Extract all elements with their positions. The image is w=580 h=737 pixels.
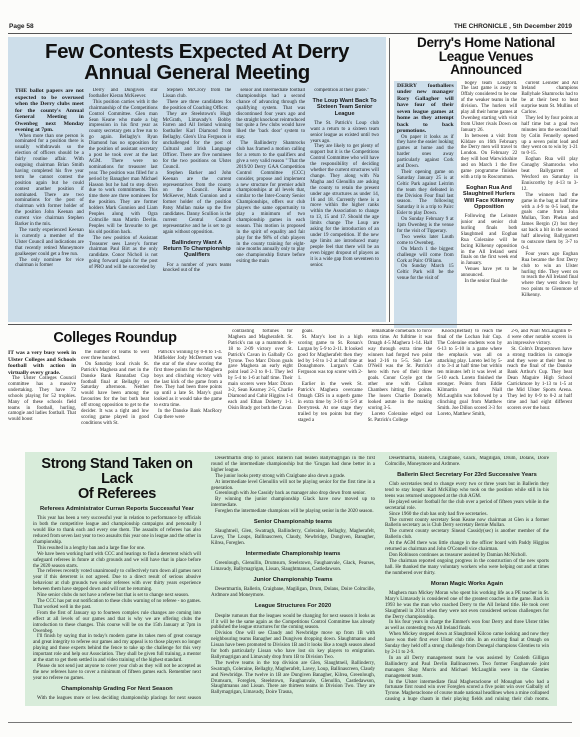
paragraph: St. Mary's lost in a high scoring game t…	[298, 335, 363, 382]
paragraph: On paper it looks as if they have the ea…	[397, 135, 454, 170]
sub-heading: Senior Championship teams	[211, 519, 375, 525]
article-column: bogey team Longford. The last game is aw…	[461, 81, 518, 328]
paragraph: On March 1 the biggest challenge will co…	[397, 247, 454, 265]
article-column: 2-6, and Niall McLaughlin 0-4 were other…	[507, 329, 572, 451]
paragraph: There are three candidates for the posit…	[163, 100, 232, 112]
paragraph: Four years ago Eoghan Rua became the fir…	[521, 252, 578, 299]
venues-headline-line1: Derry's Home National	[394, 36, 578, 50]
referees-headline-line2: Of Referees	[33, 487, 201, 502]
paragraph: Derry and Dungiven star footballer Kiera…	[89, 88, 158, 100]
paragraph: Venues have yet to be announced.	[461, 267, 518, 279]
paragraph: This position carries with it the chairm…	[89, 100, 158, 236]
paragraph: The winners had the game in the bag at h…	[521, 193, 578, 252]
article-column: Derry and Dungiven star footballer Kiera…	[89, 88, 158, 312]
paragraph: Desertmartin, Ballerin, Craigbane, Glack…	[385, 456, 549, 468]
lead-paragraph: DERRY footballers under new manager Rory…	[397, 83, 454, 135]
article-column: remarkable comeback to force extra time.…	[368, 329, 433, 451]
paragraph: In the Danske Bank MacRory Cup there wer…	[154, 409, 222, 421]
paragraph: They led by four points at half time but…	[521, 116, 578, 157]
paragraph: Foreglen the intermediate champions will…	[211, 509, 375, 515]
venues-headline-line2: League Venues	[394, 50, 578, 64]
paragraph: We have been working hard with CCC and h…	[33, 552, 201, 570]
paragraph: On Sunday February 9 at 1pm Owenbeg is t…	[397, 217, 454, 235]
sub-heading: Junior Championship Teams	[211, 577, 375, 583]
agm-headline-line2: Annual General Meeting	[15, 62, 379, 83]
paragraph: The new position of Assistant Treasurer …	[89, 236, 158, 271]
sub-heading: Referees Administrator Curran Reports Su…	[33, 506, 201, 512]
article-column: Referees Administrator Curran Reports Su…	[33, 506, 201, 702]
paragraph: Maghera man Mickey Moran who spent his w…	[385, 591, 549, 621]
sub-heading: Ballinderry Want A Return To Championshi…	[163, 240, 232, 259]
sub-heading: Moran Magic Works Again	[385, 581, 549, 587]
paragraph: In between a visit from Kildare on 16th …	[461, 134, 518, 181]
paragraph: With the leagues more or less deciding c…	[33, 696, 201, 702]
paragraph: Slaughtneil, Glen, Swatragh, Ballinderry…	[211, 529, 375, 547]
venues-headline-line3: Announced	[394, 63, 578, 77]
paragraph: Division One will see Claudy and Newbrid…	[211, 631, 375, 661]
sub-heading: The Loup Want Back To Sixteen Team Senio…	[310, 98, 379, 117]
colleges-columns-left: IT was a very busy week in Ulster Colleg…	[8, 350, 222, 451]
section-rule	[8, 324, 572, 325]
paragraph: The Ballinderry Shamrocks club has frame…	[236, 141, 305, 265]
paragraph: By winning the junior championship Glack…	[211, 497, 375, 509]
paragraph: remarkable comeback to force extra time.…	[368, 329, 433, 412]
paragraph: They are likely to get plenty of support…	[310, 144, 379, 268]
colleges-headline: Colleges Roundup	[8, 330, 222, 346]
paragraph: St. Colm's Draperstown have a strong tra…	[507, 347, 572, 412]
paragraph: Desertmartin drop to junior. Ballerin ha…	[211, 456, 375, 474]
paragraph: Stephen Barker and John Keenan are the c…	[163, 171, 232, 236]
paragraph: 2-6, and Niall McLaughlin 0-4 were other…	[507, 329, 572, 347]
paragraph: For a number of years teams knocked out …	[163, 263, 232, 275]
paragraph: the number of teams to well over three h…	[81, 350, 149, 362]
paragraph: On Saturday local rivals St. Patrick's M…	[81, 362, 149, 427]
paragraph: When more than one person is nominated f…	[15, 134, 84, 229]
sub-heading: Ballerin Elect Secretary For 23rd Succes…	[385, 472, 549, 478]
paragraph: bogey team Longford. The last game is aw…	[461, 81, 518, 134]
article-column: contrasting fortunes for Maghera and Mag…	[228, 329, 293, 451]
lead-paragraph: IT was a very busy week in Ulster Colleg…	[8, 350, 76, 376]
colleges-columns-right: contrasting fortunes for Maghera and Mag…	[228, 329, 572, 451]
article-column: goals.St. Mary's lost in a high scoring …	[298, 329, 363, 451]
paragraph: At intermediate level Glenullin will not…	[211, 480, 375, 492]
article-referees: Strong Stand Taken on Lack Of Referees R…	[25, 452, 557, 706]
article-column: senior and intermediate football champio…	[236, 88, 305, 312]
paragraph: The vastly experienced Keenan is current…	[15, 228, 84, 258]
paragraph: He played senior football for the club o…	[385, 500, 549, 512]
paragraph: On Sunday March 15 Celtic Park will be t…	[397, 264, 454, 282]
paragraph: Their opening game on Saturday January 2…	[397, 170, 454, 217]
paragraph: In the Ulster intermediate final Maghera…	[385, 680, 549, 703]
paragraph: The Ulster Colleges Council committee ha…	[8, 376, 76, 423]
footer-rule	[8, 722, 572, 723]
article-column: DERRY footballers under new manager Rory…	[394, 81, 457, 328]
page-number-label: Page 58	[9, 23, 34, 30]
colleges-left-group: Colleges Roundup IT was a very busy week…	[8, 329, 222, 451]
paragraph: Earlier in the week St. Patrick's Magher…	[298, 382, 363, 423]
paragraph: Patrick's winning by 0-8 to 1-4. Midfiel…	[154, 350, 222, 409]
article-column: Stephen McCrory from the Lissan club.The…	[163, 88, 232, 312]
paragraph: When Mickey stepped down at Slaughtneil …	[385, 632, 549, 656]
paragraph: Loreto Coleraine edged out St. Patrick's…	[368, 412, 433, 424]
venues-headline: Derry's Home National League Venues Anno…	[394, 36, 578, 77]
article-column: IT was a very busy week in Ulster Colleg…	[8, 350, 76, 451]
paragraph: Despite rumours that the leagues would b…	[211, 614, 375, 632]
paragraph: They are Steelstown's Hugh McGrath, Lima…	[163, 112, 232, 171]
paragraph: In his four years in charge the Emmet's …	[385, 620, 549, 632]
paragraph: The referees recently voted unanimously …	[33, 569, 201, 593]
paragraph: Club secretaries tend to change every tw…	[385, 482, 549, 500]
paragraph: current Leinster and All Ireland champio…	[521, 81, 578, 116]
paragraph: This year has been a very successful yea…	[33, 516, 201, 546]
paragraph: competition at their grade."	[310, 88, 379, 94]
referees-column-1: Strong Stand Taken on Lack Of Referees R…	[33, 456, 201, 702]
newspaper-page: Page 58 THE CHRONICLE , 5th December 201…	[0, 0, 580, 737]
paragraph: Please do not send just anyone to cover …	[33, 664, 201, 682]
lead-paragraph: THE ballot papers are not expected to be…	[15, 88, 84, 134]
paragraph: Desertmartin, Ballerin, Craigbane, Magil…	[211, 587, 375, 599]
venues-columns: DERRY footballers under new manager Rory…	[394, 81, 578, 328]
article-venues: Derry's Home National League Venues Anno…	[394, 36, 578, 328]
paragraph: Two weeks later Louth come to Owenbeg.	[397, 235, 454, 247]
paragraph: Greenlough, Glenullin, Drumsurn, Steelst…	[211, 561, 375, 573]
paragraph: Stephen McCrory from the Lissan club.	[163, 88, 232, 100]
header-rule	[8, 33, 572, 34]
paragraph: The only nominee for vice chairman is fo…	[15, 258, 84, 270]
paragraph: The CCC has put out notification to thes…	[33, 599, 201, 611]
sub-heading: Intermediate Championship teams	[211, 551, 375, 557]
column-divider	[389, 38, 390, 322]
paragraph: At the AGM there was little change in th…	[385, 541, 549, 553]
paragraph: contrasting fortunes for Maghera and Mag…	[228, 329, 293, 412]
sub-heading: Championship Grading For Next Season	[33, 686, 201, 692]
article-agm: Few Contests Expected At Derry Annual Ge…	[8, 37, 386, 322]
paragraph: Eoghan Rua will play Conaghy Shamrocks w…	[521, 157, 578, 192]
article-colleges: Colleges Roundup IT was a very busy week…	[8, 329, 572, 451]
agm-headline: Few Contests Expected At Derry Annual Ge…	[15, 41, 379, 83]
article-column: the number of teams to well over three h…	[81, 350, 149, 451]
article-column: Patrick's winning by 0-8 to 1-4. Midfiel…	[154, 350, 222, 451]
sub-heading: League Structures For 2020	[211, 603, 375, 609]
article-column: Knock(Belfast) to reach the final of the…	[437, 329, 502, 451]
agm-columns: THE ballot papers are not expected to be…	[15, 88, 379, 312]
paragraph: The current county secretary Sean Keane …	[385, 518, 549, 530]
referees-headline-line1: Strong Stand Taken on Lack	[33, 457, 201, 487]
paragraph: The chairman reported ongoing progress i…	[385, 559, 549, 577]
paragraph: The twelve teams in the top division are…	[211, 661, 375, 696]
paragraph: From the first of January up to fourteen…	[33, 611, 201, 635]
agm-headline-line1: Few Contests Expected At Derry	[15, 41, 379, 62]
sub-heading: Eoghan Rua And Slaughtneil Hurlers Will …	[461, 185, 518, 210]
article-column: THE ballot papers are not expected to be…	[15, 88, 84, 312]
paragraph: I'll finish by saying that in today's mo…	[33, 634, 201, 664]
referees-column-3: Desertmartin, Ballerin, Craigbane, Glack…	[385, 456, 549, 702]
paragraph: Following the Leinster junior and senior…	[461, 214, 518, 267]
paragraph: The St. Patrick's Loup club want a retur…	[310, 121, 379, 145]
referees-column-2: Desertmartin drop to junior. Ballerin ha…	[211, 456, 375, 702]
paragraph: In the senior final the	[461, 279, 518, 285]
colleges-right-group: contrasting fortunes for Maghera and Mag…	[228, 329, 572, 451]
page-header: Page 58 THE CHRONICLE , 5th December 201…	[9, 23, 572, 30]
paragraph: In an all Derry management team he was a…	[385, 656, 549, 680]
paragraph: Knock(Belfast) to reach the final of the…	[437, 329, 502, 418]
paragraph: The current county secretary Sinead Cass…	[385, 529, 549, 541]
referees-headline: Strong Stand Taken on Lack Of Referees	[33, 457, 201, 502]
masthead-date: THE CHRONICLE , 5th December 2019	[454, 23, 572, 30]
paragraph: senior and intermediate football champio…	[236, 88, 305, 141]
article-column: competition at their grade."The Loup Wan…	[310, 88, 379, 312]
article-column: current Leinster and All Ireland champio…	[521, 81, 578, 328]
